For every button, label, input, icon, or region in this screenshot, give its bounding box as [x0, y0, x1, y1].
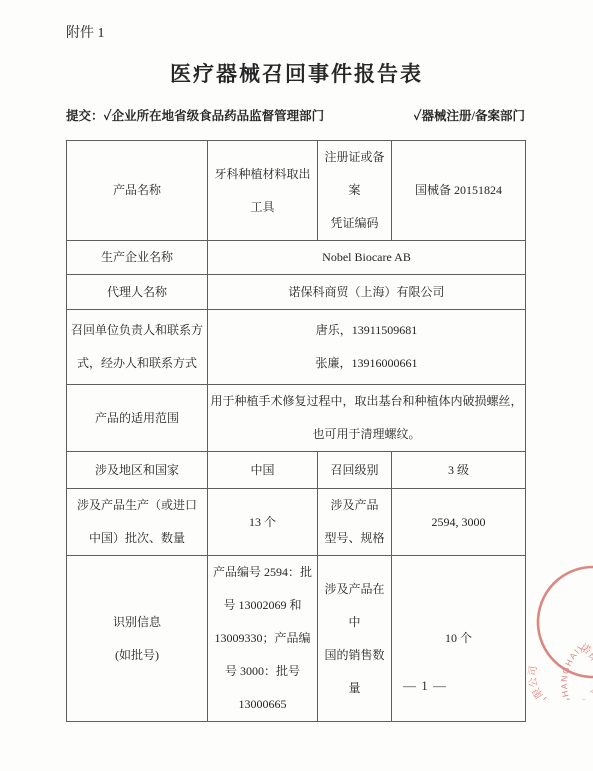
- cell-text: 产品的适用范围: [95, 411, 179, 425]
- cell-text: 召回单位负责人和联系方: [69, 314, 205, 347]
- submit-destination-primary: 提交：✓企业所在地省级食品药品监督管理部门: [66, 106, 324, 124]
- page-number: — 1 —: [380, 678, 470, 694]
- submit-left-label: 企业所在地省级食品药品监督管理部门: [112, 109, 325, 123]
- cell-text: 国械备 20151824: [415, 183, 502, 197]
- check-icon: ✓: [413, 109, 421, 123]
- cell-text: 代理人名称: [107, 285, 167, 299]
- registration-code-label: 注册证或备案 凭证编码: [318, 141, 392, 241]
- cell-text: 牙科种植材料取出工具: [214, 167, 310, 214]
- cell-text: 2594, 3000: [432, 515, 486, 529]
- china-sales-value: 10 个: [392, 556, 526, 722]
- table-row-identification: 识别信息 (如批号) 产品编号 2594：批号 13002069 和 13009…: [67, 556, 526, 722]
- recall-report-table: 产品名称 牙科种植材料取出工具 注册证或备案 凭证编码 国械备 20151824…: [66, 140, 526, 722]
- contact-person-2: 张廉，13916000661: [210, 347, 523, 380]
- recall-level-value: 3 级: [392, 452, 526, 489]
- cell-text: 涉及产品在中: [320, 573, 389, 639]
- cell-text: 涉及地区和国家: [95, 463, 179, 477]
- product-name-value: 牙科种植材料取出工具: [208, 141, 318, 241]
- table-row-batches: 涉及产品生产（或进口 中国）批次、数量 13 个 涉及产品 型号、规格 2594…: [67, 489, 526, 556]
- scope-label: 产品的适用范围: [67, 385, 208, 452]
- region-value: 中国: [208, 452, 318, 489]
- cell-text: 召回级别: [330, 463, 378, 477]
- table-row-product: 产品名称 牙科种植材料取出工具 注册证或备案 凭证编码 国械备 20151824: [67, 141, 526, 241]
- attachment-label: 附件 1: [66, 22, 105, 42]
- recall-level-label: 召回级别: [318, 452, 392, 489]
- cell-text: 涉及产品: [320, 489, 389, 522]
- identification-value: 产品编号 2594：批号 13002069 和 13009330；产品编号 30…: [208, 556, 318, 722]
- cell-text: 式，经办人和联系方式: [69, 347, 205, 380]
- cell-text: 产品名称: [113, 183, 161, 197]
- cell-text: 产品编号 2594：批号 13002069 和 13009330；产品编号 30…: [213, 565, 312, 711]
- region-label: 涉及地区和国家: [67, 452, 208, 489]
- table-row-contacts: 召回单位负责人和联系方 式，经办人和联系方式 唐乐，13911509681 张廉…: [67, 310, 526, 385]
- batches-value: 13 个: [208, 489, 318, 556]
- svg-text:诺保科商贸（上海）有限公司: 诺保科商贸（上海）有限公司: [523, 637, 593, 700]
- models-label: 涉及产品 型号、规格: [318, 489, 392, 556]
- page-title: 医疗器械召回事件报告表: [0, 58, 593, 88]
- cell-text: 中国: [250, 463, 274, 477]
- submit-right-label: 器械注册/备案部门: [422, 109, 525, 123]
- cell-text: 注册证或备案: [320, 141, 389, 207]
- cell-text: 用于种植手术修复过程中，取出基台和种植体内破损螺丝，也可用于清理螺纹。: [210, 394, 522, 441]
- check-icon: ✓: [104, 109, 112, 123]
- product-name-label: 产品名称: [67, 141, 208, 241]
- table-row-agent: 代理人名称 诺保科商贸（上海）有限公司: [67, 275, 526, 310]
- cell-text: 型号、规格: [320, 522, 389, 555]
- cell-text: Nobel Biocare AB: [322, 250, 411, 264]
- cell-text: 凭证编码: [320, 207, 389, 240]
- identification-label: 识别信息 (如批号): [67, 556, 208, 722]
- cell-text: 涉及产品生产（或进口: [69, 489, 205, 522]
- agent-value: 诺保科商贸（上海）有限公司: [208, 275, 526, 310]
- cell-text: (如批号): [69, 639, 205, 672]
- batches-label: 涉及产品生产（或进口 中国）批次、数量: [67, 489, 208, 556]
- manufacturer-label: 生产企业名称: [67, 241, 208, 275]
- cell-text: 10 个: [445, 631, 472, 645]
- contact-person-1: 唐乐，13911509681: [210, 314, 523, 347]
- registration-code-value: 国械备 20151824: [392, 141, 526, 241]
- seal-inner-text: 诺保科商贸（上海）有限公司: [523, 637, 593, 700]
- table-row-region: 涉及地区和国家 中国 召回级别 3 级: [67, 452, 526, 489]
- cell-text: 国的销售数量: [320, 639, 389, 705]
- table-row-scope: 产品的适用范围 用于种植手术修复过程中，取出基台和种植体内破损螺丝，也可用于清理…: [67, 385, 526, 452]
- company-seal-stamp: NOBEL BIOCARE COMMERCIAL (SHANGHAI) 诺保科商…: [523, 550, 593, 700]
- submit-destination-secondary: ✓器械注册/备案部门: [413, 106, 525, 124]
- table-row-manufacturer: 生产企业名称 Nobel Biocare AB: [67, 241, 526, 275]
- contacts-label: 召回单位负责人和联系方 式，经办人和联系方式: [67, 310, 208, 385]
- submit-line: 提交：✓企业所在地省级食品药品监督管理部门 ✓器械注册/备案部门: [66, 106, 525, 124]
- models-value: 2594, 3000: [392, 489, 526, 556]
- agent-label: 代理人名称: [67, 275, 208, 310]
- cell-text: 生产企业名称: [101, 250, 173, 264]
- cell-text: 中国）批次、数量: [69, 522, 205, 555]
- cell-text: 3 级: [448, 463, 469, 477]
- china-sales-label: 涉及产品在中 国的销售数量: [318, 556, 392, 722]
- cell-text: 诺保科商贸（上海）有限公司: [288, 285, 444, 299]
- scope-value: 用于种植手术修复过程中，取出基台和种植体内破损螺丝，也可用于清理螺纹。: [208, 385, 526, 452]
- cell-text: 识别信息: [69, 606, 205, 639]
- contacts-value: 唐乐，13911509681 张廉，13916000661: [208, 310, 526, 385]
- submit-prefix: 提交：: [66, 109, 104, 123]
- document-page: 附件 1 医疗器械召回事件报告表 提交：✓企业所在地省级食品药品监督管理部门 ✓…: [0, 0, 593, 771]
- manufacturer-value: Nobel Biocare AB: [208, 241, 526, 275]
- cell-text: 13 个: [249, 515, 276, 529]
